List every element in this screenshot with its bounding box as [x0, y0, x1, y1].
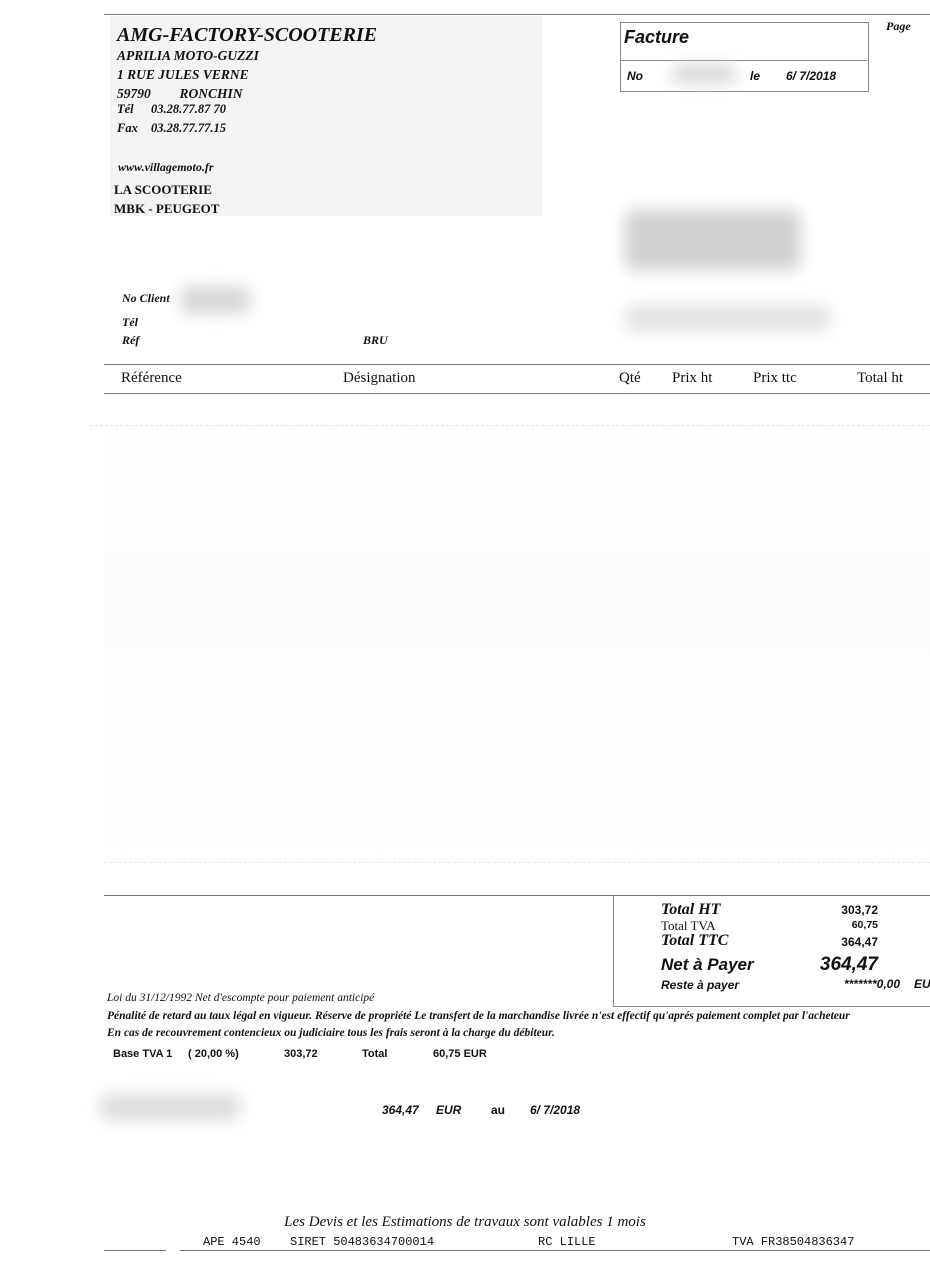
vat-base-amount: 303,72 [284, 1048, 318, 1060]
vat-rate: ( 20,00 %) [188, 1048, 239, 1060]
fold-line [90, 425, 930, 426]
total-ht-value: 303,72 [841, 903, 878, 917]
client-ref-label: Réf [122, 333, 139, 348]
company-brands: APRILIA MOTO-GUZZI [117, 48, 259, 64]
company-tel-line: Tél03.28.77.87 70 [117, 102, 226, 117]
column-header-reference: Référence [121, 370, 182, 387]
column-header-designation: Désignation [343, 370, 416, 387]
invoice-box-divider [620, 60, 867, 61]
company-fax-label: Fax [117, 121, 151, 136]
payment-date-label: au [491, 1103, 505, 1117]
company-fax-line: Fax03.28.77.77.15 [117, 121, 226, 136]
column-header-total-ht: Total ht [857, 370, 903, 387]
legal-penalty-note: Pénalité de retard au taux légal en vigu… [107, 1010, 850, 1022]
company-fax: 03.28.77.77.15 [151, 121, 226, 135]
table-header-top-rule [104, 364, 930, 365]
total-tva-value: 60,75 [852, 919, 878, 931]
secondary-company-brands: MBK - PEUGEOT [114, 201, 219, 217]
legal-discount-note: Loi du 31/12/1992 Net d'escompte pour pa… [107, 992, 374, 1004]
net-to-pay-label: Net à Payer [661, 955, 754, 975]
footer-rule [180, 1250, 930, 1251]
invoice-number-label: No [627, 69, 643, 83]
recipient-city-redacted [625, 305, 830, 331]
legal-recovery-note: En cas de recouvrement contencieux ou ju… [107, 1027, 555, 1039]
company-city: RONCHIN [180, 86, 243, 101]
invoice-date: 6/ 7/2018 [786, 69, 836, 83]
page-label: Page [886, 19, 911, 34]
client-ref-value: BRU [363, 333, 388, 348]
secondary-company-name: LA SCOOTERIE [114, 182, 212, 198]
client-number-redacted [180, 286, 250, 314]
vat-total-amount: 60,75 EUR [433, 1048, 487, 1060]
company-name: AMG-FACTORY-SCOOTERIE [117, 24, 377, 47]
client-tel-label: Tél [122, 315, 138, 330]
top-rule [104, 14, 930, 15]
company-city-line: 59790 RONCHIN [117, 86, 243, 102]
total-ttc-label: Total TTC [661, 932, 728, 950]
total-ht-label: Total HT [661, 901, 720, 919]
vat-base-label: Base TVA 1 [113, 1048, 172, 1060]
column-header-quantity: Qté [619, 370, 641, 387]
company-street: 1 RUE JULES VERNE [117, 67, 249, 83]
remaining-label: Reste à payer [661, 978, 739, 992]
remaining-value: *******0,00 [844, 977, 900, 991]
company-website: www.villagemoto.fr [118, 160, 214, 175]
column-header-unit-price-ttc: Prix ttc [753, 370, 797, 387]
table-header-bottom-rule [104, 393, 930, 394]
client-number-label: No Client [122, 291, 170, 306]
footer-tva: TVA FR38504836347 [732, 1235, 854, 1249]
payment-amount: 364,47 [382, 1103, 419, 1117]
table-body [104, 395, 930, 892]
company-tel: 03.28.77.87 70 [151, 102, 226, 116]
fold-line [104, 862, 930, 863]
payment-date: 6/ 7/2018 [530, 1103, 580, 1117]
payment-method-redacted [100, 1094, 240, 1120]
footer-ape: APE 4540 [203, 1235, 261, 1249]
footer-siret: SIRET 50483634700014 [290, 1235, 434, 1249]
company-postcode: 59790 [117, 86, 151, 101]
column-header-unit-price-ht: Prix ht [672, 370, 712, 387]
recipient-address-redacted [625, 210, 800, 270]
vat-base-label-text: Base TVA 1 [113, 1048, 172, 1060]
invoice-date-label: le [750, 69, 760, 83]
invoice-title: Facture [624, 27, 689, 48]
footer-rule-left [104, 1250, 166, 1251]
payment-currency: EUR [436, 1103, 461, 1117]
footer-rc: RC LILLE [538, 1235, 596, 1249]
invoice-number-redacted [672, 64, 736, 84]
quote-validity-note: Les Devis et les Estimations de travaux … [0, 1214, 930, 1231]
net-to-pay-value: 364,47 [820, 954, 878, 976]
remaining-currency: EU [914, 977, 930, 991]
vat-total-label: Total [362, 1048, 387, 1060]
company-tel-label: Tél [117, 102, 151, 117]
total-ttc-value: 364,47 [841, 935, 878, 949]
